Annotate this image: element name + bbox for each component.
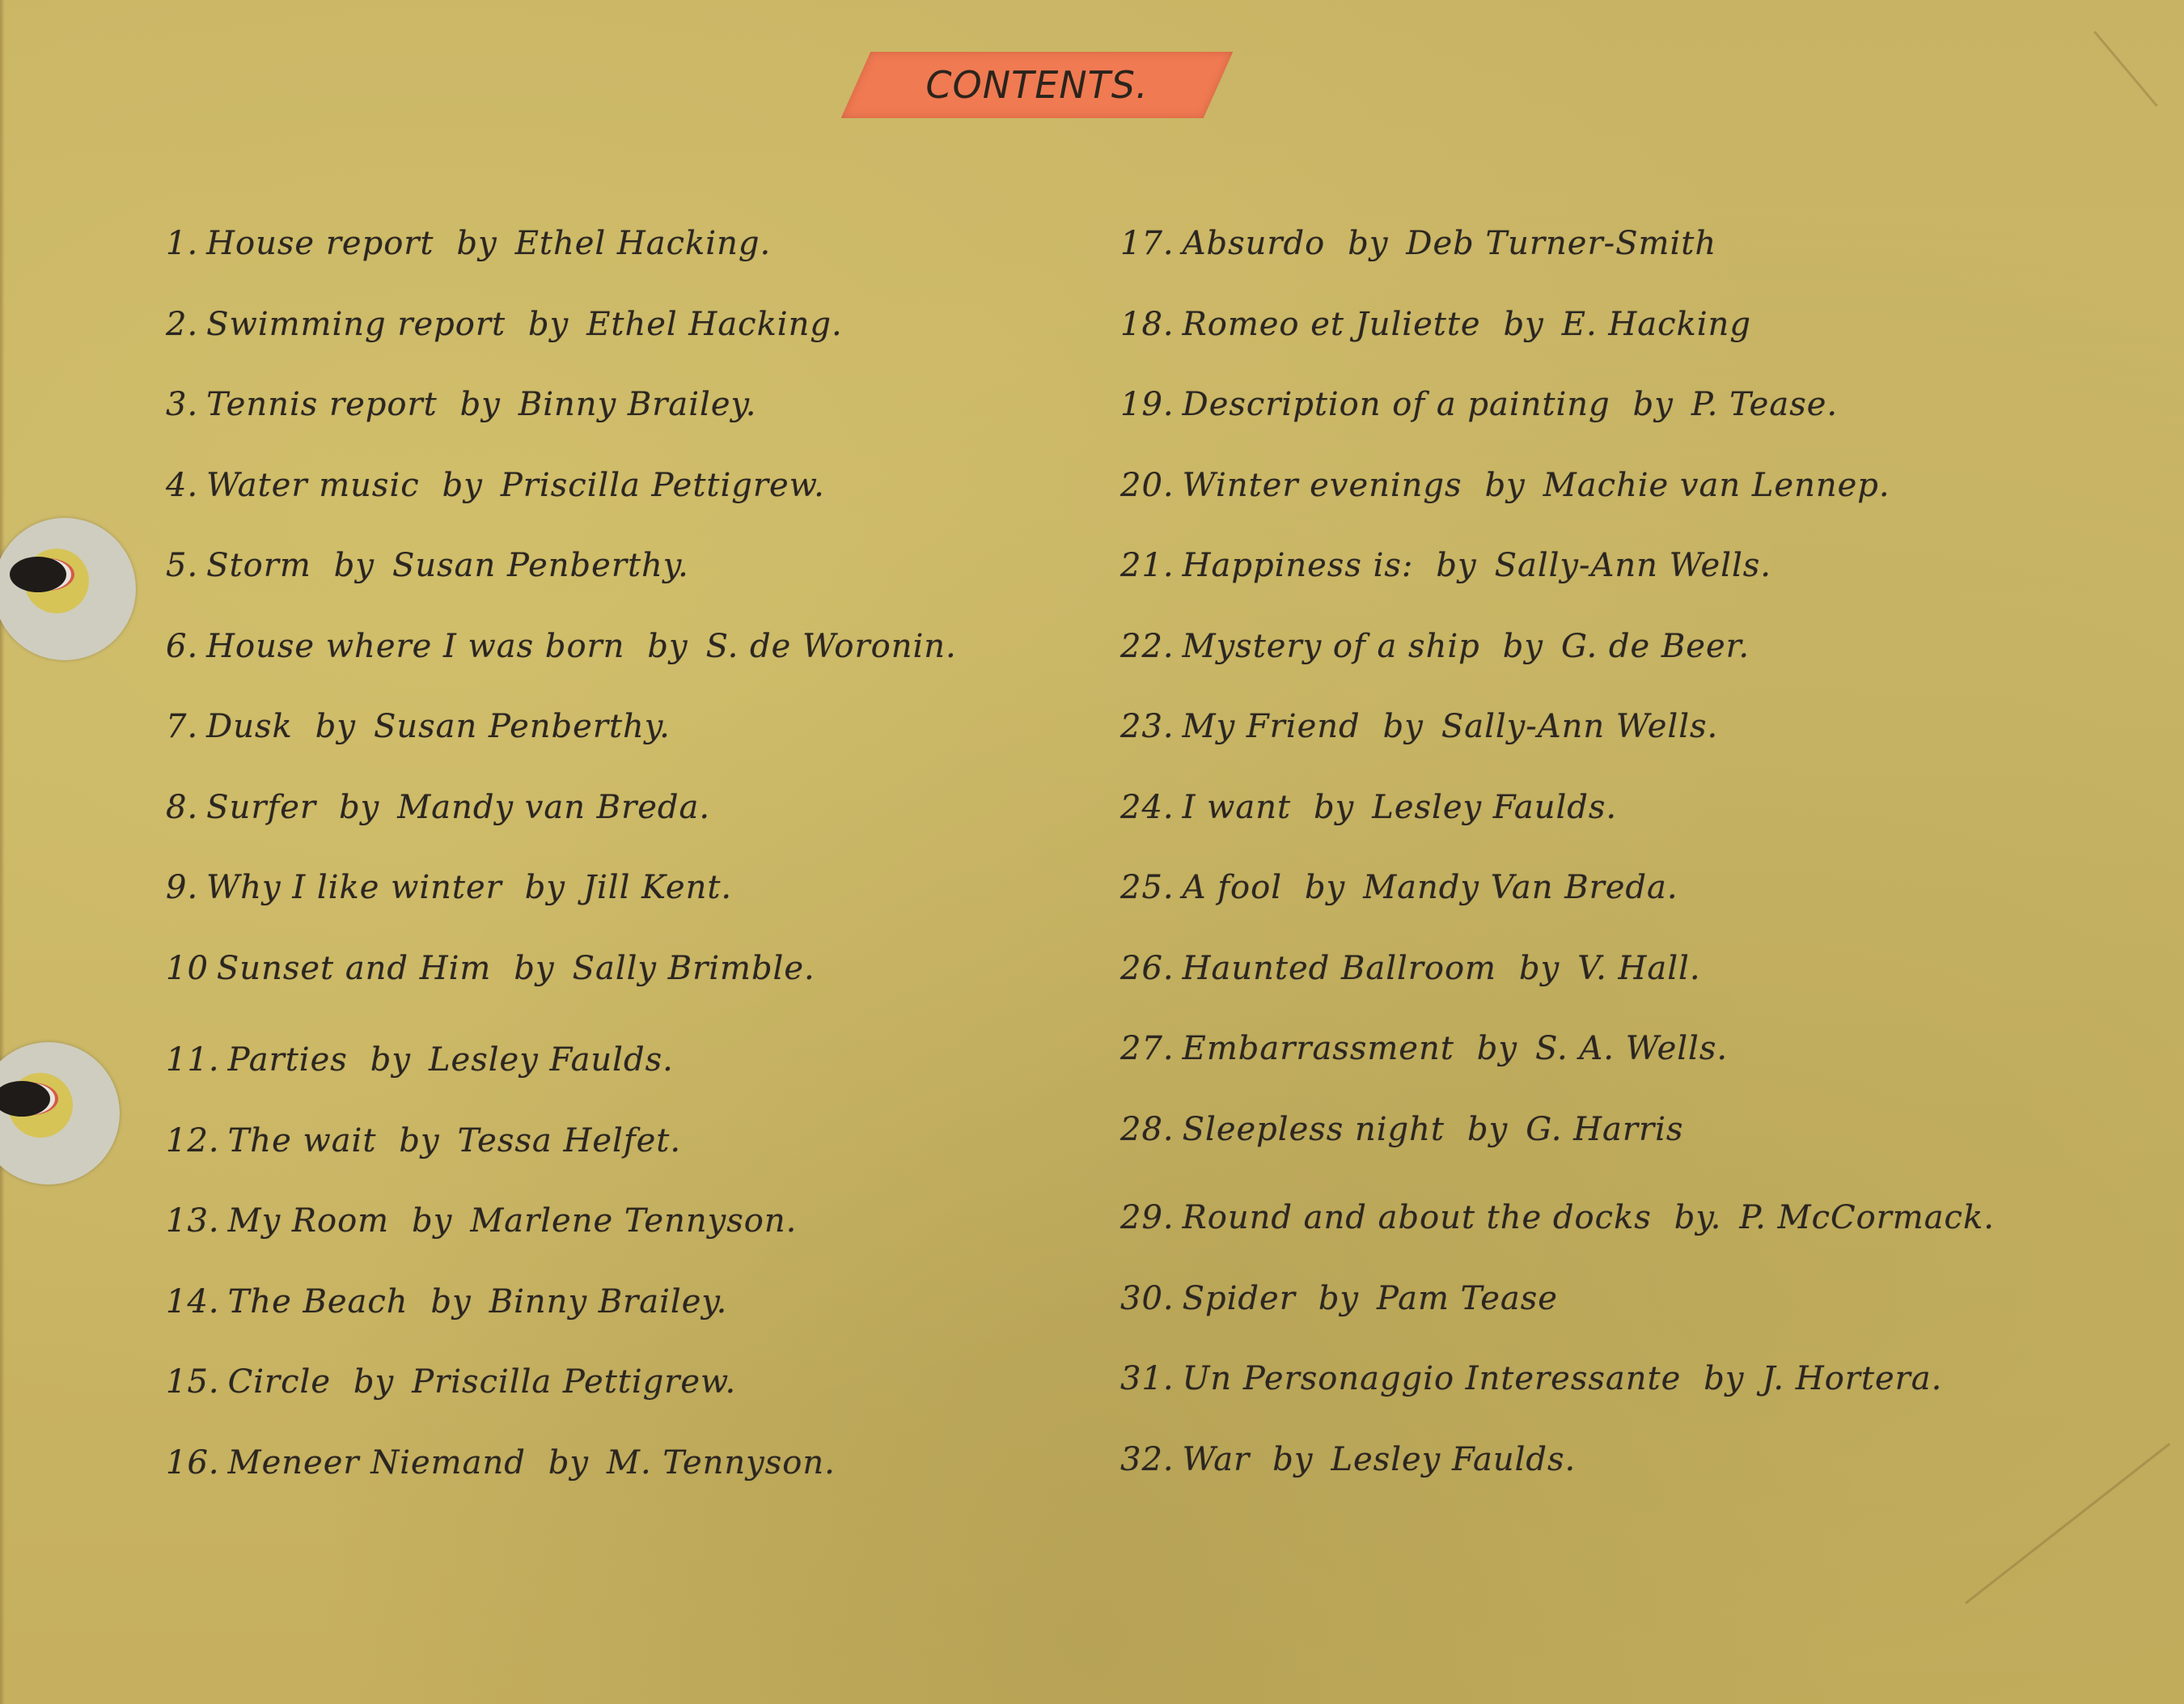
entry-author: Binny Brailey. xyxy=(489,1283,728,1320)
contents-entry: 6.House where I was bornbyS. de Woronin. xyxy=(166,628,1096,709)
entry-number: 12. xyxy=(166,1122,220,1159)
entry-author: Deb Turner-Smith xyxy=(1406,225,1716,262)
entry-title: Water music xyxy=(206,467,419,504)
entry-author: P. Tease. xyxy=(1691,386,1838,423)
entry-title: Tennis report xyxy=(206,386,437,423)
entry-author: Machie van Lennep. xyxy=(1543,467,1890,504)
contents-entry: 2.Swimming reportbyEthel Hacking. xyxy=(166,306,1096,387)
contents-entry: 13.My RoombyMarlene Tennyson. xyxy=(166,1202,1096,1283)
contents-list-right: 17.AbsurdobyDeb Turner-Smith 18.Romeo et… xyxy=(1120,225,2091,1521)
page-crease-top xyxy=(2093,0,2184,107)
entry-title: Romeo et Juliette xyxy=(1183,306,1481,343)
entry-number: 31. xyxy=(1120,1360,1175,1397)
entry-author: Lesley Faulds. xyxy=(1331,1441,1576,1478)
entry-by: by xyxy=(1305,869,1345,906)
entry-author: S. de Woronin. xyxy=(706,628,957,665)
entry-title: Swimming report xyxy=(206,306,506,343)
entry-author: Susan Penberthy. xyxy=(374,708,671,745)
entry-number: 17. xyxy=(1120,225,1175,262)
contents-entry: 30.SpiderbyPam Tease xyxy=(1120,1280,2091,1361)
entry-number: 30. xyxy=(1120,1280,1175,1317)
entry-by: by xyxy=(339,789,379,826)
entry-by: by xyxy=(1383,708,1424,745)
entry-author: Ethel Hacking. xyxy=(586,306,842,343)
contents-entry: 4.Water musicbyPriscilla Pettigrew. xyxy=(166,467,1096,548)
entry-number: 24. xyxy=(1120,789,1175,826)
entry-number: 11. xyxy=(166,1041,220,1079)
entry-author: Sally-Ann Wells. xyxy=(1441,708,1718,745)
contents-entry: 18.Romeo et JuliettebyE. Hacking xyxy=(1120,306,2091,387)
entry-title: A fool xyxy=(1183,869,1282,906)
entry-by: by xyxy=(442,467,483,504)
entry-author: Sally Brimble. xyxy=(573,950,815,987)
entry-number: 19. xyxy=(1120,386,1175,423)
entry-author: V. Hall. xyxy=(1577,950,1700,987)
contents-entry: 29.Round and about the docksby.P. McCorm… xyxy=(1120,1199,2091,1280)
entry-by: by xyxy=(334,547,375,584)
entry-number: 3. xyxy=(166,386,198,423)
entry-by: by xyxy=(1348,225,1388,262)
contents-page: CONTENTS. 1.House reportbyEthel Hacking.… xyxy=(0,0,2184,1704)
entry-author: Marlene Tennyson. xyxy=(470,1202,797,1240)
contents-entry: 5.StormbySusan Penberthy. xyxy=(166,547,1096,628)
entry-number: 18. xyxy=(1120,306,1175,343)
entry-title: Winter evenings xyxy=(1183,467,1462,504)
entry-by: by xyxy=(1503,628,1543,665)
contents-entry: 21.Happiness is:bySally-Ann Wells. xyxy=(1120,547,2091,628)
entry-author: Binny Brailey. xyxy=(518,386,757,423)
contents-entry: 3.Tennis reportbyBinny Brailey. xyxy=(166,386,1096,467)
entry-title: Meneer Niemand xyxy=(228,1444,526,1481)
entry-author: Susan Penberthy. xyxy=(392,547,689,584)
entry-by: by. xyxy=(1674,1199,1722,1236)
entry-title: Surfer xyxy=(206,789,316,826)
entry-title: I want xyxy=(1183,789,1291,826)
entry-number: 10 xyxy=(166,950,209,987)
entry-title: The wait xyxy=(228,1122,377,1159)
entry-by: by xyxy=(647,628,688,665)
entry-by: by xyxy=(399,1122,439,1159)
entry-by: by xyxy=(412,1202,452,1240)
entry-number: 25. xyxy=(1120,869,1175,906)
entry-title: Mystery of a ship xyxy=(1183,628,1480,665)
contents-entry: 19.Description of a paintingbyP. Tease. xyxy=(1120,386,2091,467)
entry-number: 13. xyxy=(166,1202,220,1240)
entry-title: Round and about the docks xyxy=(1183,1199,1652,1236)
contents-entry: 23.My FriendbySally-Ann Wells. xyxy=(1120,708,2091,789)
entry-number: 6. xyxy=(166,628,198,665)
entry-title: Parties xyxy=(228,1041,348,1079)
entry-author: Priscilla Pettigrew. xyxy=(412,1363,736,1401)
entry-by: by xyxy=(1436,547,1476,584)
entry-title: Embarrassment xyxy=(1183,1030,1454,1067)
entry-by: by xyxy=(315,708,356,745)
entry-number: 14. xyxy=(166,1283,220,1320)
entry-number: 23. xyxy=(1120,708,1175,745)
contents-entry: 8.SurferbyMandy van Breda. xyxy=(166,789,1096,870)
entry-author: Priscilla Pettigrew. xyxy=(501,467,825,504)
entry-author: Mandy van Breda. xyxy=(397,789,710,826)
entry-author: Lesley Faulds. xyxy=(1372,789,1617,826)
entry-author: Tessa Helfet. xyxy=(458,1122,681,1159)
entry-author: G. Harris xyxy=(1526,1111,1683,1148)
contents-entry: 22.Mystery of a shipbyG. de Beer. xyxy=(1120,628,2091,709)
entry-by: by xyxy=(1704,1360,1744,1397)
contents-entry: 7.DuskbySusan Penberthy. xyxy=(166,708,1096,789)
entry-by: by xyxy=(1272,1441,1313,1478)
contents-entry: 26.Haunted BallroombyV. Hall. xyxy=(1120,950,2091,1031)
entry-by: by xyxy=(1477,1030,1517,1067)
entry-number: 28. xyxy=(1120,1111,1175,1148)
entry-number: 22. xyxy=(1120,628,1175,665)
entry-number: 20. xyxy=(1120,467,1175,504)
entry-by: by xyxy=(1519,950,1560,987)
entry-by: by xyxy=(457,225,497,262)
entry-by: by xyxy=(1467,1111,1508,1148)
entry-number: 26. xyxy=(1120,950,1175,987)
entry-author: Lesley Faulds. xyxy=(429,1041,674,1079)
entry-number: 29. xyxy=(1120,1199,1175,1236)
entry-number: 21. xyxy=(1120,547,1175,584)
entry-number: 15. xyxy=(166,1363,220,1401)
entry-author: Pam Tease xyxy=(1377,1280,1558,1317)
entry-by: by xyxy=(514,950,554,987)
contents-entry: 1.House reportbyEthel Hacking. xyxy=(166,225,1096,306)
entry-by: by xyxy=(548,1444,589,1481)
entry-title: Dusk xyxy=(206,708,293,745)
entry-number: 32. xyxy=(1120,1441,1175,1478)
entry-by: by xyxy=(370,1041,411,1079)
contents-entry: 32.WarbyLesley Faulds. xyxy=(1120,1441,2091,1522)
entry-title: Happiness is: xyxy=(1183,547,1414,584)
entry-author: Jill Kent. xyxy=(583,869,732,906)
entry-title: Absurdo xyxy=(1183,225,1326,262)
contents-entry: 28.Sleepless nightbyG. Harris xyxy=(1120,1111,2091,1192)
entry-title: My Friend xyxy=(1183,708,1361,745)
contents-entry: 31.Un Personaggio InteressantebyJ. Horte… xyxy=(1120,1360,2091,1441)
entry-author: E. Hacking xyxy=(1562,306,1751,343)
entry-title: War xyxy=(1183,1441,1251,1478)
entry-by: by xyxy=(431,1283,472,1320)
entry-by: by xyxy=(525,869,565,906)
entry-title: House where I was born xyxy=(206,628,624,665)
entry-by: by xyxy=(1485,467,1526,504)
entry-number: 27. xyxy=(1120,1030,1175,1067)
entry-author: J. Hortera. xyxy=(1762,1360,1942,1397)
entry-title: Description of a painting xyxy=(1183,386,1610,423)
binder-hole-icon xyxy=(0,1042,120,1185)
entry-by: by xyxy=(1633,386,1674,423)
entry-title: Sunset and Him xyxy=(217,950,491,987)
contents-entry: 12.The waitbyTessa Helfet. xyxy=(166,1122,1096,1203)
contents-entry: 27.EmbarrassmentbyS. A. Wells. xyxy=(1120,1030,2091,1111)
entry-title: Why I like winter xyxy=(206,869,502,906)
entry-title: Circle xyxy=(228,1363,331,1401)
contents-entry: 14.The BeachbyBinny Brailey. xyxy=(166,1283,1096,1364)
entry-number: 8. xyxy=(166,789,198,826)
page-left-edge xyxy=(0,0,5,1704)
entry-author: M. Tennyson. xyxy=(607,1444,836,1481)
entry-title: My Room xyxy=(228,1202,389,1240)
entry-by: by xyxy=(1314,789,1354,826)
binder-hole-icon xyxy=(0,518,136,660)
entry-by: by xyxy=(1504,306,1544,343)
contents-entry: 25.A foolbyMandy Van Breda. xyxy=(1120,869,2091,950)
entry-title: The Beach xyxy=(228,1283,408,1320)
entry-number: 9. xyxy=(166,869,198,906)
punch-hole xyxy=(10,557,66,592)
entry-author: P. McCormack. xyxy=(1739,1199,1995,1236)
page-title: CONTENTS. xyxy=(856,52,1218,118)
contents-entry: 11.PartiesbyLesley Faulds. xyxy=(166,1041,1096,1122)
entry-by: by xyxy=(528,306,569,343)
entry-by: by xyxy=(353,1363,394,1401)
entry-author: G. de Beer. xyxy=(1561,628,1750,665)
entry-author: S. A. Wells. xyxy=(1535,1030,1728,1067)
entry-by: by xyxy=(1318,1280,1359,1317)
contents-entry: 24.I wantbyLesley Faulds. xyxy=(1120,789,2091,870)
contents-entry: 10Sunset and HimbySally Brimble. xyxy=(166,950,1096,1031)
contents-entry: 9.Why I like winterbyJill Kent. xyxy=(166,869,1096,950)
entry-title: House report xyxy=(206,225,434,262)
contents-entry: 17.AbsurdobyDeb Turner-Smith xyxy=(1120,225,2091,306)
entry-number: 1. xyxy=(166,225,198,262)
contents-entry: 16.Meneer NiemandbyM. Tennyson. xyxy=(166,1444,1096,1525)
entry-title: Spider xyxy=(1183,1280,1296,1317)
entry-by: by xyxy=(460,386,501,423)
entry-author: Mandy Van Breda. xyxy=(1363,869,1678,906)
entry-number: 16. xyxy=(166,1444,220,1481)
entry-title: Sleepless night xyxy=(1183,1111,1445,1148)
entry-number: 5. xyxy=(166,547,198,584)
entry-number: 7. xyxy=(166,708,198,745)
entry-title: Un Personaggio Interessante xyxy=(1183,1360,1682,1397)
contents-entry: 15.CirclebyPriscilla Pettigrew. xyxy=(166,1363,1096,1444)
entry-title: Storm xyxy=(206,547,311,584)
entry-author: Ethel Hacking. xyxy=(515,225,771,262)
contents-list-left: 1.House reportbyEthel Hacking. 2.Swimmin… xyxy=(166,225,1096,1524)
entry-author: Sally-Ann Wells. xyxy=(1495,547,1771,584)
entry-title: Haunted Ballroom xyxy=(1183,950,1496,987)
entry-number: 4. xyxy=(166,467,198,504)
contents-entry: 20.Winter eveningsbyMachie van Lennep. xyxy=(1120,467,2091,548)
entry-number: 2. xyxy=(166,306,198,343)
